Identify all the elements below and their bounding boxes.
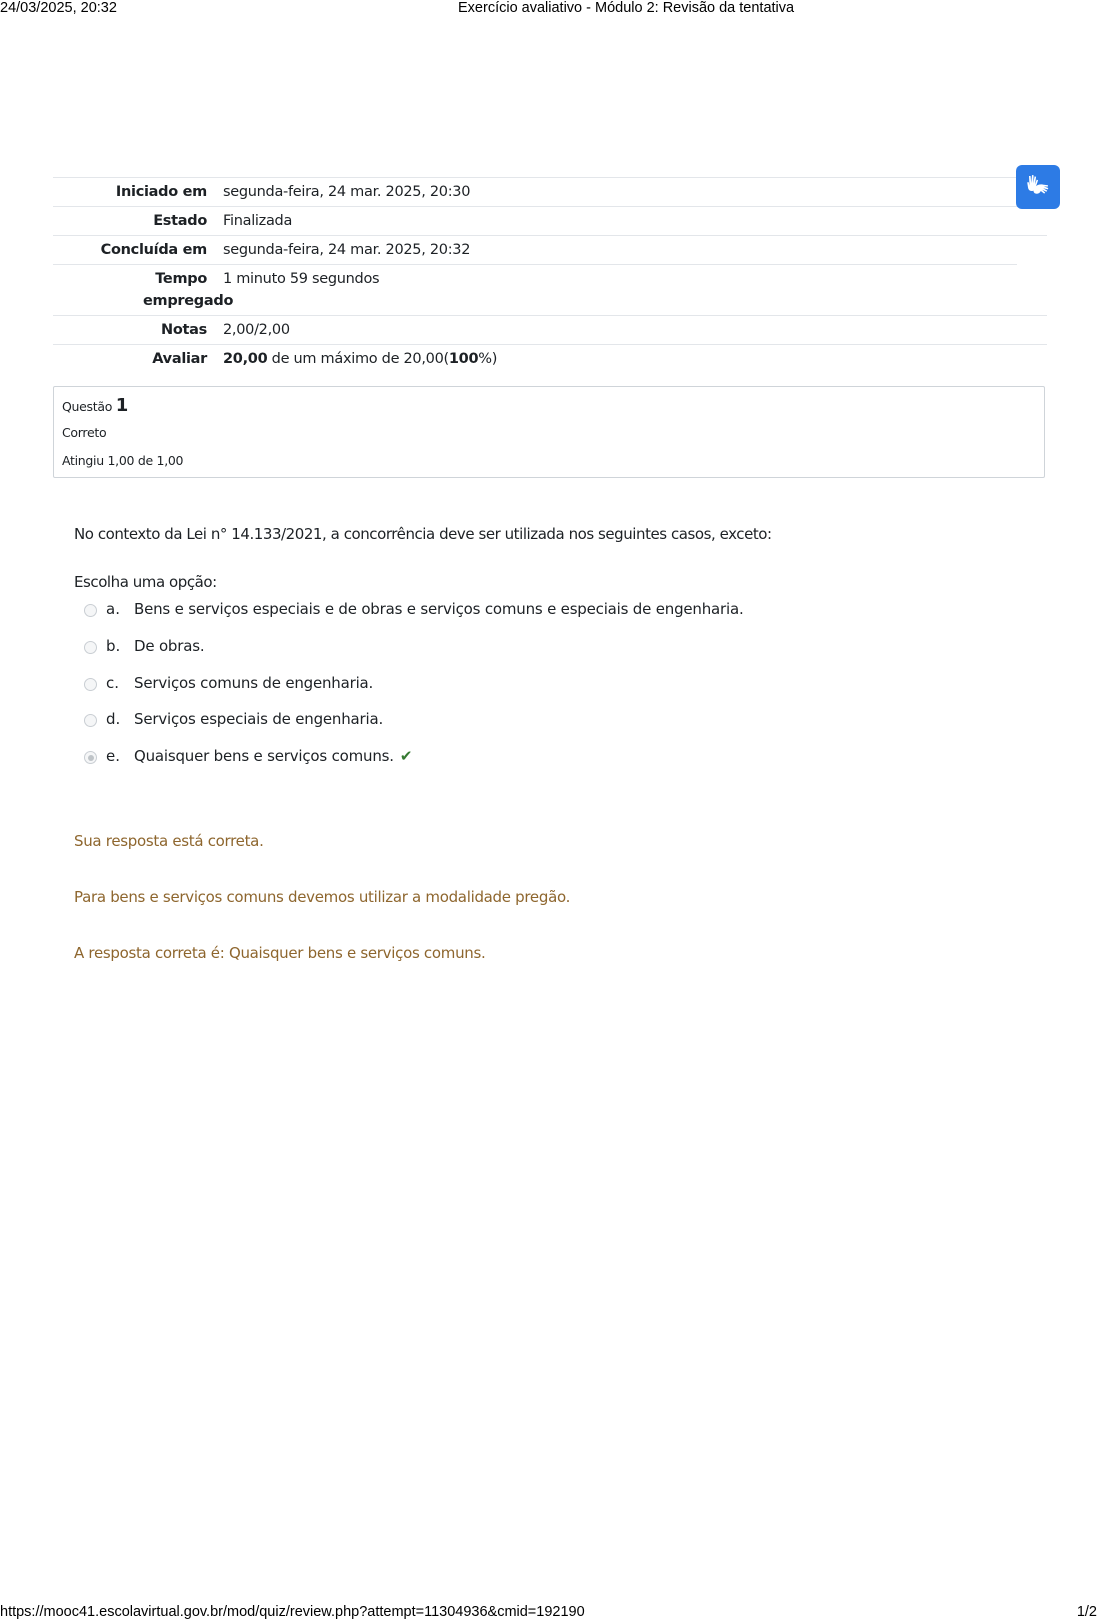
answer-option-a[interactable]: a. Bens e serviços especiais e de obras … bbox=[84, 600, 744, 637]
print-datetime: 24/03/2025, 20:32 bbox=[0, 0, 117, 16]
summary-value: segunda-feira, 24 mar. 2025, 20:32 bbox=[207, 236, 470, 264]
summary-row-time-taken: Tempo empregado 1 minuto 59 segundos bbox=[53, 264, 1017, 315]
answer-letter: a. bbox=[106, 600, 134, 618]
answer-letter: e. bbox=[106, 747, 134, 765]
grade-score: 20,00 bbox=[223, 351, 267, 367]
sign-language-hands-icon bbox=[1023, 172, 1053, 202]
question-number-value: 1 bbox=[116, 395, 128, 416]
summary-label: Avaliar bbox=[53, 345, 207, 373]
accessibility-vlibras-button[interactable] bbox=[1016, 165, 1060, 209]
answer-text: Serviços comuns de engenharia. bbox=[134, 674, 373, 692]
summary-value: 2,00/2,00 bbox=[207, 316, 290, 344]
radio-button[interactable] bbox=[84, 714, 97, 727]
summary-value: 1 minuto 59 segundos bbox=[207, 265, 379, 315]
attempt-summary-table: Iniciado em segunda-feira, 24 mar. 2025,… bbox=[53, 177, 1047, 373]
question-text: No contexto da Lei n° 14.133/2021, a con… bbox=[74, 525, 772, 543]
summary-row-started: Iniciado em segunda-feira, 24 mar. 2025,… bbox=[53, 177, 1047, 206]
radio-button[interactable] bbox=[84, 604, 97, 617]
answer-option-b[interactable]: b. De obras. bbox=[84, 637, 744, 674]
answer-text: Quaisquer bens e serviços comuns. bbox=[134, 747, 394, 765]
grade-percent: 100 bbox=[449, 351, 478, 367]
print-header: 24/03/2025, 20:32 Exercício avaliativo -… bbox=[0, 0, 1097, 20]
summary-label: Notas bbox=[53, 316, 207, 344]
feedback-specific: Para bens e serviços comuns devemos util… bbox=[74, 888, 570, 906]
question-grade: Atingiu 1,00 de 1,00 bbox=[62, 453, 183, 468]
grade-max-text: de um máximo de 20,00( bbox=[267, 351, 449, 367]
summary-value: Finalizada bbox=[207, 207, 292, 235]
correct-check-icon: ✔ bbox=[400, 747, 413, 765]
answer-option-d[interactable]: d. Serviços especiais de engenharia. bbox=[84, 710, 744, 747]
answer-letter: b. bbox=[106, 637, 134, 655]
answer-letter: d. bbox=[106, 710, 134, 728]
print-footer: https://mooc41.escolavirtual.gov.br/mod/… bbox=[0, 1602, 1097, 1624]
answer-prompt: Escolha uma opção: bbox=[74, 573, 217, 591]
answer-option-c[interactable]: c. Serviços comuns de engenharia. bbox=[84, 674, 744, 711]
summary-row-grade: Avaliar 20,00 de um máximo de 20,00(100%… bbox=[53, 344, 1047, 373]
radio-button-selected[interactable] bbox=[84, 751, 97, 764]
feedback-general: Sua resposta está correta. bbox=[74, 832, 264, 850]
grade-percent-suffix: %) bbox=[478, 351, 497, 367]
summary-label: Estado bbox=[53, 207, 207, 235]
summary-row-completed: Concluída em segunda-feira, 24 mar. 2025… bbox=[53, 235, 1047, 264]
answer-option-e[interactable]: e. Quaisquer bens e serviços comuns. ✔ bbox=[84, 747, 744, 784]
print-url: https://mooc41.escolavirtual.gov.br/mod/… bbox=[0, 1604, 585, 1620]
radio-button[interactable] bbox=[84, 641, 97, 654]
answer-letter: c. bbox=[106, 674, 134, 692]
summary-label: Tempo empregado bbox=[53, 265, 207, 315]
print-page-number: 1/2 bbox=[1077, 1604, 1097, 1620]
summary-label: Iniciado em bbox=[53, 178, 207, 206]
summary-label: Concluída em bbox=[53, 236, 207, 264]
summary-row-marks: Notas 2,00/2,00 bbox=[53, 315, 1047, 344]
answer-text: Serviços especiais de engenharia. bbox=[134, 710, 383, 728]
question-label: Questão bbox=[62, 399, 112, 414]
summary-value: segunda-feira, 24 mar. 2025, 20:30 bbox=[207, 178, 470, 206]
feedback-right-answer: A resposta correta é: Quaisquer bens e s… bbox=[74, 944, 485, 962]
radio-button[interactable] bbox=[84, 678, 97, 691]
answer-list: a. Bens e serviços especiais e de obras … bbox=[84, 600, 744, 784]
question-state: Correto bbox=[62, 425, 106, 440]
answer-text: De obras. bbox=[134, 637, 204, 655]
print-page-title: Exercício avaliativo - Módulo 2: Revisão… bbox=[458, 0, 794, 16]
summary-row-state: Estado Finalizada bbox=[53, 206, 1047, 235]
question-info-box: Questão 1 Correto Atingiu 1,00 de 1,00 bbox=[53, 386, 1045, 478]
question-number: Questão 1 bbox=[62, 395, 128, 416]
summary-value: 20,00 de um máximo de 20,00(100%) bbox=[207, 345, 497, 373]
answer-text: Bens e serviços especiais e de obras e s… bbox=[134, 600, 744, 618]
